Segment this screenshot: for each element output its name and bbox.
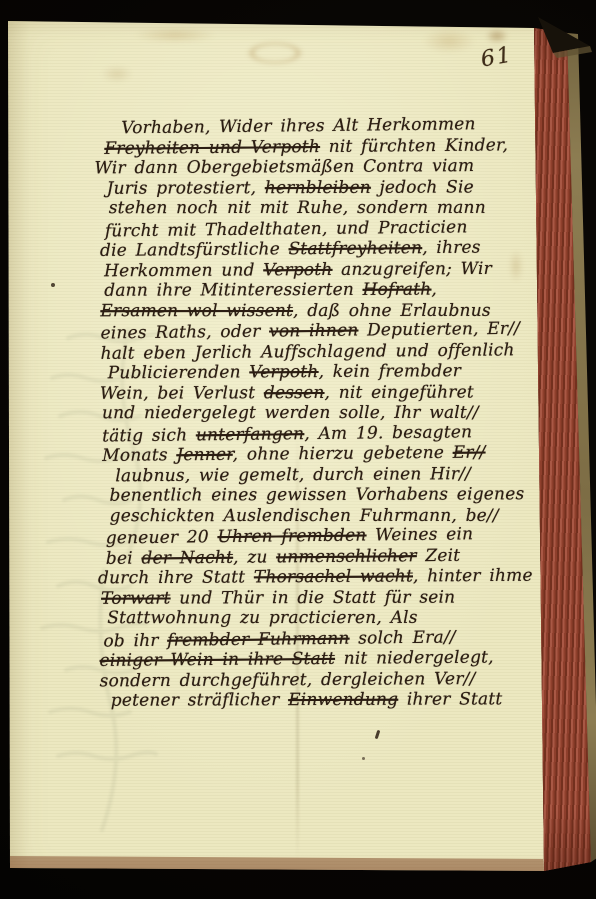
manuscript-line: laubnus, wie gemelt, durch einen Hir//: [115, 463, 536, 486]
paper-stain: [238, 38, 312, 68]
handwritten-text-block: Vorhaben, Wider ihres Alt HerkommenFreyh…: [100, 115, 538, 712]
manuscript-line: petener sträflicher Einwendung ihrer Sta…: [111, 689, 538, 711]
manuscript-line: Torwart und Thür in die Statt für sein: [101, 587, 537, 609]
manuscript-line: geschickten Auslendischen Fuhrmann, be//: [110, 505, 537, 526]
manuscript-line: Juris protestiert, hernbleiben jedoch Si…: [107, 177, 535, 199]
ink-speck: [362, 757, 365, 760]
manuscript-line: Wein, bei Verlust dessen, nit eingeführe…: [100, 382, 536, 404]
page-number: 61: [479, 44, 514, 71]
paper-stain: [414, 24, 484, 58]
manuscript-line: stehen noch nit mit Ruhe, sondern mann: [109, 198, 535, 219]
archival-scan: 61 Vorhaben, Wider ihres Alt HerkommenFr…: [0, 0, 596, 899]
manuscript-line: dann ihre Mitinteressierten Hofrath,: [104, 279, 535, 301]
ink-speck: [51, 283, 55, 287]
manuscript-line: sondern durchgeführet, dergleichen Ver//: [100, 668, 538, 691]
paper-stain: [120, 24, 230, 46]
manuscript-line: und niedergelegt werden solle, Ihr walt/…: [102, 403, 536, 424]
manuscript-line: Publicierenden Verpoth, kein frembder: [108, 361, 536, 384]
manuscript-line: Stattwohnung zu practicieren, Als: [107, 608, 537, 629]
manuscript-line: durch ihre Statt Thorsachel wacht, hinte…: [98, 566, 537, 589]
paper-stain: [96, 62, 138, 86]
manuscript-line: Ersamen wol wissent, daß ohne Erlaubnus: [100, 300, 535, 321]
manuscript-line: Wir dann Obergebietsmäßen Contra viam: [94, 156, 534, 179]
manuscript-line: Herkommen und Verpoth anzugreifen; Wir: [104, 258, 535, 281]
manuscript-line: benentlich eines gewissen Vorhabens eige…: [109, 484, 536, 506]
